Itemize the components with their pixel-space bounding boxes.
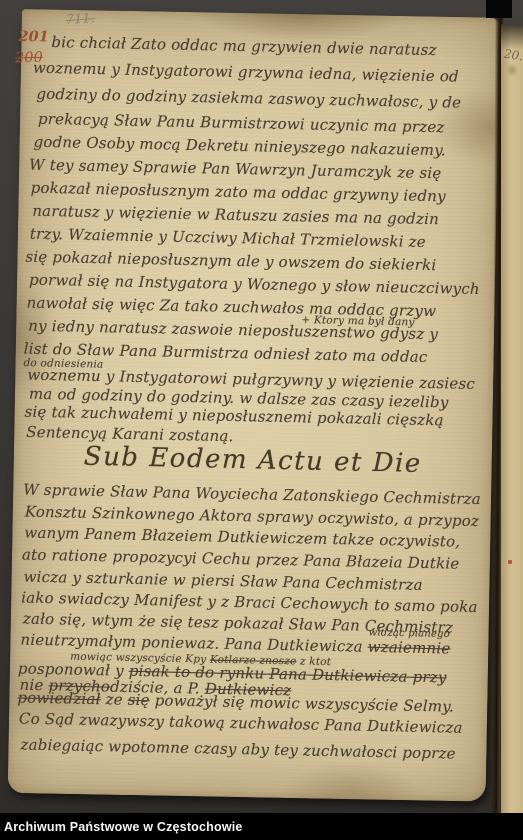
manuscript-line: godziny do godziny zasiekma zaswoy zuchw… [36,85,461,112]
manuscript-line: bic chciał Zato oddac ma grzywien dwie n… [51,33,437,59]
manuscript-line: trzy. Wzaiemnie y Uczciwy Michał Trzmiel… [30,225,426,251]
manuscript-line: się pokazał nieposłusznym ale y owszem d… [25,248,436,275]
section-heading: Sub Eodem Actu et Die [83,442,422,479]
manuscript-page: 711. 201 200 Sub Eodem Actu et Die bic c… [8,9,500,802]
archive-watermark-bar: Archiwum Państwowe w Częstochowie [0,813,523,840]
manuscript-line: godne Osoby mocą Dekretu ninieyszego nak… [33,133,446,160]
manuscript-line: naratusz y więzienie w Ratuszu zasies ma… [32,202,439,229]
manuscript-line: woznemu y Instygatorowi grzywna iedna, w… [33,59,459,86]
manuscript-line: W tey samey Sprawie Pan Wawrzyn Juramczy… [29,156,442,183]
manuscript-line: porwał się na Instygatora y Woznego y sł… [29,271,480,298]
archive-name-label: Archiwum Państwowe w Częstochowie [0,820,243,834]
manuscript-line: pokazał nieposłusznym zato ma oddac grzy… [31,179,446,206]
manuscript-line: Sentencyą Karani zostaną. [26,423,234,445]
manuscript-line: + Ktory ma był dany [301,314,414,328]
faint-ink-mark [505,64,519,76]
gutter-top-notch [486,0,512,18]
next-page-number: 20. [503,47,523,64]
next-page-edge: 20. [501,24,523,813]
archive-scan-viewer: 711. 201 200 Sub Eodem Actu et Die bic c… [0,0,523,840]
manuscript-line: zabiegaiąc wpotomne czasy aby tey zuchwa… [20,736,456,763]
manuscript-text-layer: Sub Eodem Actu et Die bic chciał Zato od… [8,9,500,802]
manuscript-line: prekacyą Sław Panu Burmistrzowi uczynic … [38,110,445,137]
red-ink-dot [508,560,512,564]
